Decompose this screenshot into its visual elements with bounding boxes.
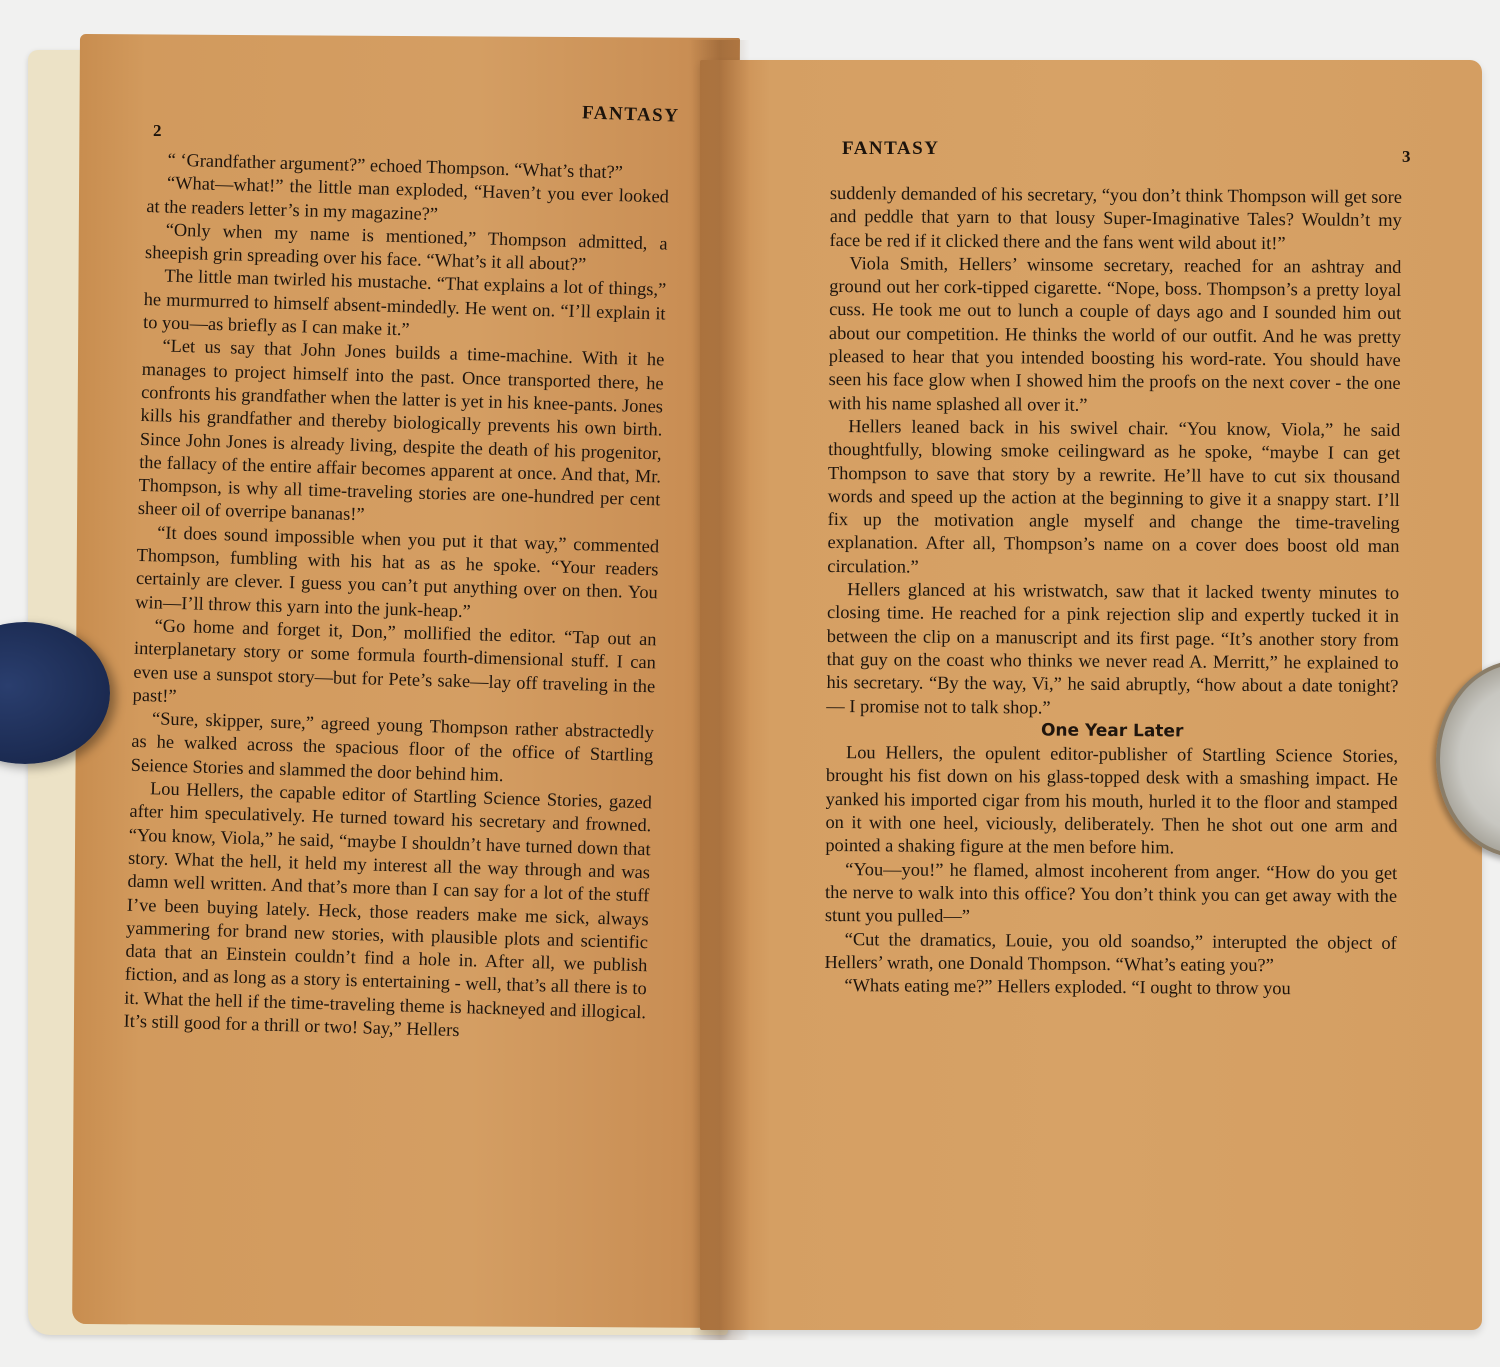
running-head-left: FANTASY <box>582 102 680 127</box>
page-number-right: 3 <box>1402 147 1411 167</box>
paragraph: “Cut the dramatics, Louie, you old soand… <box>824 927 1396 978</box>
paragraph: Viola Smith, Hellers’ winsome secretary,… <box>828 252 1401 419</box>
paragraph: Lou Hellers, the opulent editor-publishe… <box>825 741 1398 861</box>
paragraph: Hellers leaned back in his swivel chair.… <box>827 415 1400 582</box>
paragraph: suddenly demanded of his secretary, “you… <box>830 182 1402 256</box>
paragraph: Lou Hellers, the capable editor of Start… <box>123 777 652 1048</box>
paragraph: “You—you!” he flamed, almost incoherent … <box>825 858 1397 932</box>
page-number-left: 2 <box>153 121 162 141</box>
book-gutter <box>690 40 750 1340</box>
open-magazine-photo: 2 FANTASY “ ‘Grandfather argument?” echo… <box>0 0 1500 1367</box>
right-page-text: suddenly demanded of his secretary, “you… <box>824 182 1402 1001</box>
paragraph: “Whats eating me?” Hellers exploded. “I … <box>824 974 1396 1001</box>
left-page-text: “ ‘Grandfather argument?” echoed Thompso… <box>123 148 670 1048</box>
paragraph: Hellers glanced at his wristwatch, saw t… <box>826 578 1399 722</box>
paragraph: “Go home and forget it, Don,” mollified … <box>132 614 656 722</box>
running-head-right: FANTASY <box>842 138 939 160</box>
paragraph: “Let us say that John Jones builds a tim… <box>138 334 665 535</box>
paragraph: “It does sound impossible when you put i… <box>135 521 659 629</box>
